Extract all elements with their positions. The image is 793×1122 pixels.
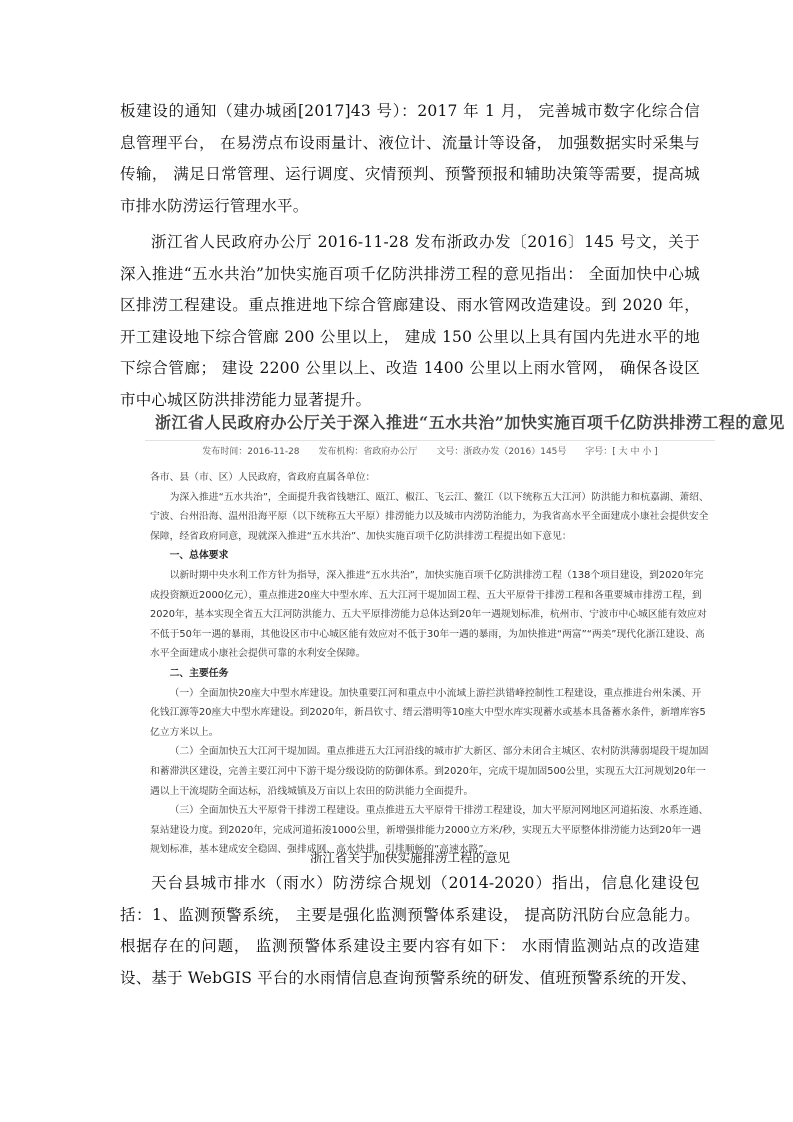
figure-title: 浙江省人民政府办公厅关于深入推进“五水共治”加快实施百项千亿防洪排涝工程的意见 [155,410,715,433]
meta-font-size: 字号：[ 大 中 小 ] [585,447,657,457]
figure-meta: 发布时间：2016-11-28 发布机构：省政府办公厅 文号：浙政办发（2016… [145,444,715,457]
embedded-screenshot-figure: 浙江省人民政府办公厅关于深入推进“五水共治”加快实施百项千亿防洪排涝工程的意见 … [145,406,715,840]
figure-body: 各市、县（市、区）人民政府，省政府直属各单位： 为深入推进“五水共治”，全面提升… [150,468,710,860]
figure-section2-title: 二、主要任务 [150,664,710,684]
meta-doc-no: 文号：浙政办发（2016）145号 [436,447,566,457]
meta-date: 发布时间：2016-11-28 [202,447,299,457]
figure-task2: （二）全面加快五大江河干堤加固。重点推进五大江河沿线的城市扩大新区、部分未闭合主… [150,742,710,801]
paragraph-text: 天台县城市排水（雨水）防涝综合规划（2014-2020）指出，信息化建设包括：1… [120,868,700,994]
figure-section1-title: 一、总体要求 [150,546,710,566]
paragraph-zhejiang-opinion: 浙江省人民政府办公厅 2016-11-28 发布浙政办发〔2016〕145 号文… [120,227,700,416]
figure-task1: （一）全面加快20座大中型水库建设。加快重要江河和重点中小流域上游拦洪错峰控制性… [150,684,710,743]
figure-section1-text: 以新时期中央水利工作方针为指导，深入推进“五水共治”，加快实施百项千亿防洪排涝工… [150,566,710,664]
paragraph-tiantai-plan: 天台县城市排水（雨水）防涝综合规划（2014-2020）指出，信息化建设包括：1… [120,868,700,994]
figure-salutation: 各市、县（市、区）人民政府，省政府直属各单位： [150,468,710,488]
paragraph-text: 板建设的通知（建办城函[2017]43 号）：2017 年 1 月， 完善城市数… [120,96,700,222]
paragraph-text: 浙江省人民政府办公厅 2016-11-28 发布浙政办发〔2016〕145 号文… [120,227,700,416]
document-page: 板建设的通知（建办城函[2017]43 号）：2017 年 1 月， 完善城市数… [0,0,793,1122]
meta-org: 发布机构：省政府办公厅 [318,447,417,457]
figure-intro: 为深入推进“五水共治”，全面提升我省钱塘江、瓯江、椒江、飞云江、鳌江（以下统称五… [150,488,710,547]
figure-caption: 浙江省关于加快实施排涝工程的意见 [120,848,700,866]
paragraph-notice-continuation: 板建设的通知（建办城函[2017]43 号）：2017 年 1 月， 完善城市数… [120,96,700,222]
figure-divider [145,440,715,441]
